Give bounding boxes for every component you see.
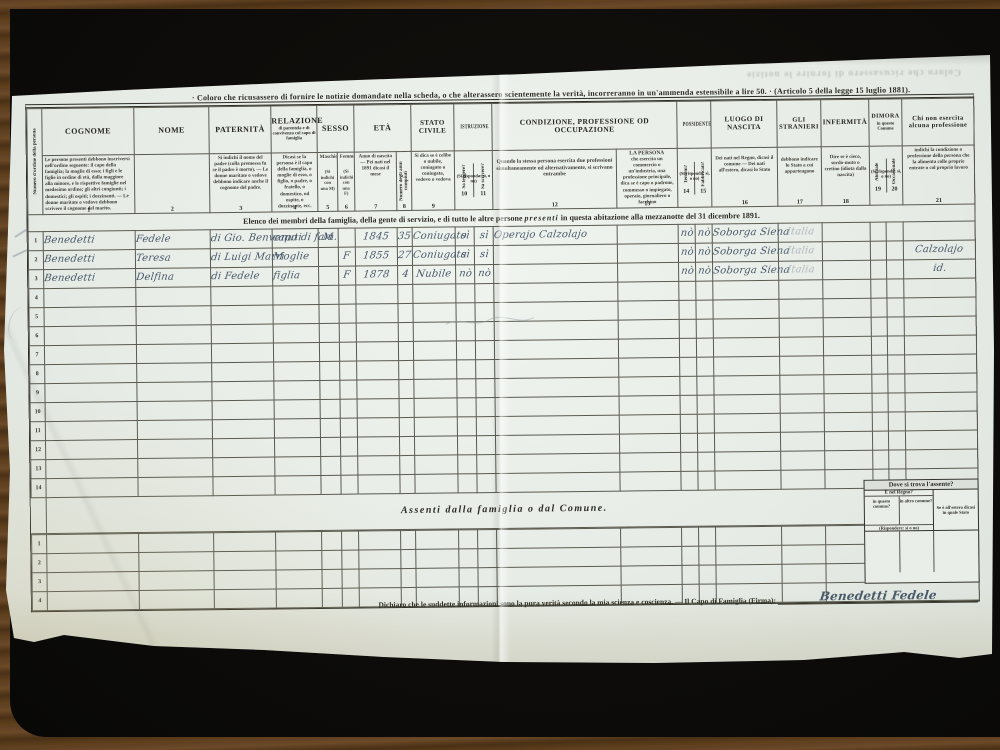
cell-stato bbox=[414, 398, 457, 417]
cell-luogo bbox=[715, 470, 781, 490]
handwritten-scrive: sì bbox=[479, 231, 489, 241]
cell-chi bbox=[905, 411, 977, 431]
cell-occasionale bbox=[886, 222, 903, 241]
cell-nome bbox=[137, 420, 212, 440]
cell-terreni bbox=[680, 433, 697, 452]
handwritten-paternita: di Fedele bbox=[211, 272, 261, 283]
row-number: 11 bbox=[30, 422, 45, 441]
cell-m bbox=[319, 266, 339, 285]
cell-luogo bbox=[713, 299, 779, 319]
cell-fabbricati bbox=[699, 546, 716, 565]
cell-terreni bbox=[679, 281, 696, 300]
col-istruzione-header: ISTRUZIONE bbox=[454, 104, 493, 151]
cell-m bbox=[319, 304, 339, 323]
cell-scrive: nò bbox=[475, 264, 494, 283]
cell-relazione: figlia bbox=[273, 266, 319, 286]
col-paternita-header: PATERNITÀ bbox=[209, 106, 272, 154]
handwritten-legge: sì bbox=[460, 250, 470, 260]
cell-legge: nò bbox=[456, 265, 475, 284]
cell-occasionale bbox=[888, 412, 905, 431]
col-relazione-note: Dicasi se la persona è il capo della fam… bbox=[271, 152, 318, 212]
row-number: 8 bbox=[30, 365, 45, 384]
cell-terreni: nò bbox=[679, 262, 696, 281]
cell-persona bbox=[619, 376, 680, 396]
cell-cognome bbox=[44, 288, 136, 308]
cell-terreni bbox=[680, 376, 697, 395]
cell-cond bbox=[494, 263, 618, 283]
cell-anni bbox=[399, 360, 414, 379]
signature: Benedetti Fedele bbox=[819, 589, 937, 602]
cell-anno bbox=[357, 418, 399, 437]
handwritten-luogo: Soborga Siena bbox=[713, 266, 791, 277]
cell-abituale bbox=[871, 279, 887, 298]
handwritten-luogo: Soborga Siena bbox=[712, 228, 790, 239]
cell-occasionale bbox=[886, 241, 903, 260]
col-femmina-note: Femmina(Si indichi con una F)6 bbox=[337, 152, 355, 211]
cell-stranieri bbox=[782, 545, 826, 564]
handwritten-f: F bbox=[343, 252, 351, 262]
cell-relazione bbox=[276, 531, 322, 551]
handwritten-stranieri: Italia bbox=[786, 265, 815, 275]
cell-persona bbox=[620, 452, 681, 472]
cell-cognome bbox=[45, 440, 137, 460]
cell-scrive bbox=[478, 567, 497, 586]
cell-fabbricati bbox=[696, 281, 713, 300]
cell-f bbox=[340, 399, 357, 418]
cell-terreni bbox=[681, 452, 698, 471]
col-luogo-note: Dei nati nel Regno, dicasi il comune — D… bbox=[711, 147, 778, 207]
cell-f bbox=[342, 569, 359, 588]
cell-relazione bbox=[273, 323, 319, 343]
cell-f: F bbox=[339, 266, 356, 285]
cell-nome: Fedele bbox=[135, 230, 210, 250]
col-nome-note: 2 bbox=[134, 154, 210, 214]
cell-chi bbox=[905, 373, 977, 393]
cell-occasionale bbox=[887, 279, 904, 298]
cell-nome bbox=[138, 458, 213, 478]
cell-relazione bbox=[274, 437, 320, 457]
col-chi-note: indichi la condizione o professione dell… bbox=[902, 145, 975, 205]
cell-cognome bbox=[45, 383, 137, 403]
dove-altro-comune: in altro comune? bbox=[899, 496, 933, 524]
cell-stranieri bbox=[779, 299, 823, 318]
cell-anni bbox=[400, 455, 415, 474]
col-stranieri-header: GLI STRANIERI bbox=[777, 100, 822, 147]
cell-infermita bbox=[823, 298, 871, 318]
cell-anno bbox=[357, 437, 399, 456]
cell-stranieri bbox=[782, 526, 826, 545]
cell-infermita bbox=[824, 374, 872, 394]
cell-cond bbox=[495, 358, 619, 378]
row-number: 9 bbox=[30, 384, 45, 403]
cell-luogo bbox=[714, 394, 780, 414]
cell-m bbox=[320, 437, 340, 456]
cell-terreni bbox=[680, 395, 697, 414]
cell-abituale bbox=[871, 336, 887, 355]
dove-questo-comune: in questo comune? bbox=[865, 496, 900, 524]
cell-occasionale bbox=[888, 374, 905, 393]
cell-anno bbox=[356, 342, 398, 361]
cell-fabbricati: nò bbox=[695, 243, 712, 262]
cell-paternita bbox=[211, 343, 273, 363]
cell-nome bbox=[139, 533, 214, 553]
cell-scrive bbox=[478, 548, 497, 567]
cell-cognome: Benedetti bbox=[44, 269, 136, 289]
row-number: 3 bbox=[29, 270, 44, 289]
cell-stranieri bbox=[780, 394, 824, 413]
cell-cognome bbox=[47, 553, 139, 573]
cell-terreni: nò bbox=[678, 224, 695, 243]
cell-cond bbox=[497, 566, 621, 586]
handwritten-f: F bbox=[343, 271, 351, 281]
cell-occasionale bbox=[887, 298, 904, 317]
cell-cognome: Benedetti bbox=[43, 250, 135, 270]
handwritten-cognome: Benedetti bbox=[44, 274, 96, 285]
cell-anni bbox=[399, 379, 414, 398]
cell-persona bbox=[619, 433, 680, 453]
cell-scrive bbox=[478, 529, 497, 548]
pencil-mark bbox=[14, 229, 27, 238]
cell-legge bbox=[459, 568, 478, 587]
cell-terreni bbox=[679, 300, 696, 319]
cell-fabbricati bbox=[696, 300, 713, 319]
cell-cognome bbox=[46, 459, 138, 479]
cell-anno: 1855 bbox=[355, 247, 397, 266]
cell-abituale bbox=[872, 393, 888, 412]
cell-chi bbox=[905, 430, 977, 450]
cell-legge bbox=[456, 341, 475, 360]
cell-m bbox=[318, 247, 338, 266]
col-dimora-header: DIMORAin questo Comune bbox=[869, 99, 903, 146]
cell-stranieri bbox=[780, 356, 824, 375]
cell-fabbricati bbox=[697, 357, 714, 376]
cell-terreni bbox=[682, 546, 699, 565]
handwritten-nome: Fedele bbox=[135, 235, 171, 245]
cell-f: F bbox=[338, 247, 355, 266]
cell-stato bbox=[413, 284, 456, 303]
cell-infermita bbox=[824, 355, 872, 375]
cell-m bbox=[319, 323, 339, 342]
cell-nome bbox=[137, 401, 212, 421]
cell-paternita bbox=[213, 457, 275, 477]
cell-nome bbox=[139, 590, 214, 610]
cell-cond bbox=[494, 282, 618, 302]
cell-stranieri bbox=[780, 432, 824, 451]
photo-background: Coloro che ricusassero di fornire le not… bbox=[0, 0, 1000, 750]
cell-nome bbox=[137, 382, 212, 402]
cell-infermita bbox=[823, 279, 871, 299]
handwritten-luogo: Soborga Siena bbox=[712, 247, 790, 258]
cell-cond bbox=[495, 377, 619, 397]
cell-anno bbox=[358, 475, 400, 494]
cell-anni bbox=[401, 568, 416, 587]
cell-cond bbox=[496, 453, 620, 473]
col-numero-header: Numero d'ordine della persona bbox=[27, 109, 43, 215]
cell-anni bbox=[399, 417, 414, 436]
cell-legge bbox=[457, 398, 476, 417]
cell-fabbricati bbox=[698, 471, 715, 490]
cell-f bbox=[342, 531, 359, 550]
cell-relazione bbox=[274, 361, 320, 381]
handwritten-anni: 27 bbox=[398, 251, 412, 261]
handwritten-stato: Coniugato bbox=[412, 231, 467, 242]
cell-terreni bbox=[680, 414, 697, 433]
col-possidente-note: Terreni?14 Fabbricati?15 (Si risponda: s… bbox=[677, 148, 712, 207]
cell-f bbox=[340, 361, 357, 380]
handwritten-anno: 1855 bbox=[363, 251, 391, 261]
cell-scrive: sì bbox=[474, 227, 493, 246]
row-number: 7 bbox=[29, 346, 44, 365]
cell-stato bbox=[416, 549, 459, 568]
cell-paternita bbox=[212, 381, 274, 401]
cell-persona bbox=[619, 414, 680, 434]
cell-stranieri bbox=[781, 470, 825, 489]
cell-relazione bbox=[273, 285, 319, 305]
cell-scrive bbox=[476, 397, 495, 416]
cell-infermita bbox=[822, 241, 870, 261]
handwritten-terreni: nò bbox=[680, 248, 694, 258]
cell-chi: id. bbox=[904, 259, 976, 279]
col-stranieri-note: debbono indicare lo Stato a cui apparten… bbox=[777, 147, 822, 206]
handwritten-cond: Operajo Calzolajo bbox=[493, 230, 588, 241]
cell-nome bbox=[136, 287, 211, 307]
cell-anno bbox=[358, 456, 400, 475]
cell-infermita bbox=[824, 431, 872, 451]
cell-m bbox=[321, 456, 341, 475]
cell-chi bbox=[904, 335, 976, 355]
col-maschio-note: Maschio(Si indichi con una M)5 bbox=[317, 152, 338, 211]
cell-fabbricati bbox=[696, 319, 713, 338]
cell-occasionale bbox=[888, 355, 905, 374]
cell-scrive bbox=[476, 435, 495, 454]
cell-f bbox=[342, 550, 359, 569]
cell-fabbricati bbox=[697, 395, 714, 414]
dove-estero-label: Se è all'estero dicasi in quale Stato bbox=[934, 490, 978, 530]
cell-stato bbox=[413, 341, 456, 360]
col-cognome-header: COGNOME bbox=[42, 108, 135, 156]
cell-anni: 35 bbox=[397, 227, 412, 246]
cell-occasionale bbox=[888, 431, 905, 450]
cell-persona bbox=[620, 471, 681, 491]
cell-legge bbox=[457, 436, 476, 455]
col-condizione12-note: Quando la stessa persona esercita due pr… bbox=[492, 149, 617, 209]
cell-cond bbox=[497, 528, 621, 548]
cell-stranieri bbox=[782, 564, 826, 583]
cell-persona bbox=[621, 527, 682, 547]
census-form-paper: Coloro che ricusassero di fornire le not… bbox=[4, 50, 996, 666]
cell-anni bbox=[398, 322, 413, 341]
cell-luogo: Soborga Siena bbox=[712, 242, 778, 262]
cell-f bbox=[338, 228, 355, 247]
cell-luogo bbox=[714, 356, 780, 376]
cell-luogo bbox=[716, 545, 782, 565]
cell-terreni bbox=[682, 565, 699, 584]
paper-content: Coloro che ricusassero di fornire le not… bbox=[1, 44, 1000, 671]
cell-cognome bbox=[47, 591, 139, 611]
col-paternita-note: Si indichi il nome del padre (colla prem… bbox=[209, 153, 272, 213]
cell-chi bbox=[905, 392, 977, 412]
cell-paternita bbox=[211, 324, 273, 344]
handwritten-legge: sì bbox=[460, 231, 470, 241]
cell-fabbricati bbox=[699, 527, 716, 546]
handwritten-nome: Teresa bbox=[135, 254, 171, 264]
cell-anno bbox=[359, 550, 401, 569]
cell-abituale bbox=[871, 260, 887, 279]
cell-fabbricati bbox=[697, 414, 714, 433]
cell-anni bbox=[398, 341, 413, 360]
handwritten-chi: id. bbox=[932, 264, 947, 274]
col-possidente-header: POSSIDENTE bbox=[677, 101, 712, 148]
cell-f bbox=[340, 380, 357, 399]
cell-infermita bbox=[823, 260, 871, 280]
cell-cond bbox=[495, 434, 619, 454]
cell-nome bbox=[138, 477, 213, 497]
col-infermita-header: INFERMITÀ bbox=[821, 99, 870, 147]
handwritten-legge: nò bbox=[458, 269, 472, 279]
col-condizione-header: CONDIZIONE, PROFESSIONE OD OCCUPAZIONE bbox=[492, 101, 678, 150]
cell-cognome bbox=[47, 534, 139, 554]
cell-m bbox=[322, 531, 342, 550]
handwritten-m: M bbox=[322, 233, 334, 243]
cell-anni bbox=[398, 303, 413, 322]
cell-nome bbox=[136, 306, 211, 326]
cell-persona bbox=[618, 319, 679, 339]
cell-luogo bbox=[714, 432, 780, 452]
cell-stranieri bbox=[779, 280, 823, 299]
cell-relazione bbox=[276, 550, 322, 570]
col-stato-note: Si dica se è celibe o nubile, coniugato … bbox=[411, 151, 455, 210]
handwritten-scrive: nò bbox=[477, 269, 491, 279]
cell-stato bbox=[414, 417, 457, 436]
cell-occasionale bbox=[887, 336, 904, 355]
row-number: 1 bbox=[28, 232, 43, 251]
cell-legge bbox=[456, 284, 475, 303]
cell-anni: 27 bbox=[397, 246, 412, 265]
cell-terreni bbox=[679, 338, 696, 357]
cell-infermita bbox=[824, 393, 872, 413]
cell-nome bbox=[137, 363, 212, 383]
handwritten-anni: 4 bbox=[401, 270, 409, 280]
cell-anno bbox=[356, 285, 398, 304]
cell-cognome bbox=[44, 326, 136, 346]
cell-infermita bbox=[823, 317, 871, 337]
cell-paternita bbox=[214, 551, 276, 571]
cell-chi bbox=[904, 316, 976, 336]
cell-anni: 4 bbox=[398, 265, 413, 284]
cell-stato bbox=[415, 474, 458, 493]
cell-anno bbox=[357, 380, 399, 399]
handwritten-cognome: Benedetti bbox=[43, 236, 95, 247]
cell-stato: Coniugato bbox=[412, 227, 455, 246]
cell-chi bbox=[904, 297, 976, 317]
cell-f bbox=[339, 323, 356, 342]
cell-fabbricati bbox=[697, 433, 714, 452]
cell-persona bbox=[618, 338, 679, 358]
cell-fabbricati bbox=[697, 376, 714, 395]
cell-infermita bbox=[823, 336, 871, 356]
cell-scrive bbox=[476, 416, 495, 435]
cell-cognome bbox=[45, 421, 137, 441]
cell-cond bbox=[496, 472, 620, 492]
cell-f bbox=[339, 342, 356, 361]
cell-terreni bbox=[680, 357, 697, 376]
handwritten-anni: 35 bbox=[398, 232, 412, 242]
cell-cond bbox=[494, 339, 618, 359]
handwritten-stato: Nubile bbox=[416, 269, 452, 279]
row-number: 2 bbox=[32, 554, 47, 573]
col-istruzione-note: Sa leggere?10 Sa scrivere?11 (Si rispond… bbox=[454, 151, 493, 210]
cell-paternita: di Luigi Marri bbox=[210, 248, 272, 268]
cell-fabbricati bbox=[698, 452, 715, 471]
cell-terreni: nò bbox=[678, 243, 695, 262]
cell-stranieri bbox=[779, 337, 823, 356]
handwritten-stranieri: Italia bbox=[786, 246, 815, 256]
cell-legge bbox=[458, 455, 477, 474]
handwritten-relazione: figlia bbox=[273, 271, 301, 281]
assenti-title: Assenti dalla famiglia o dal Comune. bbox=[31, 499, 978, 521]
firma-label: (Firma): bbox=[748, 596, 776, 605]
cell-abituale bbox=[872, 431, 888, 450]
cell-stato bbox=[414, 379, 457, 398]
cell-anno bbox=[359, 531, 401, 550]
cell-legge bbox=[458, 474, 477, 493]
cell-luogo: Soborga Siena bbox=[713, 261, 779, 281]
row-number: 1 bbox=[32, 535, 47, 554]
handwritten-stato: Coniugata bbox=[412, 250, 467, 261]
cell-chi: Calzolajo bbox=[903, 240, 975, 260]
cell-legge bbox=[459, 549, 478, 568]
handwritten-anno: 1845 bbox=[362, 232, 390, 242]
pencil-mark bbox=[12, 249, 27, 257]
bleedthrough-text: Coloro che ricusassero di fornire le not… bbox=[701, 67, 961, 80]
cell-chi bbox=[904, 278, 976, 298]
cell-f bbox=[341, 456, 358, 475]
handwritten-terreni: nò bbox=[680, 229, 694, 239]
declaration-text: Dichiaro che le suddette informazioni so… bbox=[378, 596, 746, 609]
cell-persona bbox=[617, 224, 678, 244]
row-number: 6 bbox=[29, 327, 44, 346]
cell-nome: Teresa bbox=[135, 249, 210, 269]
cell-stranieri bbox=[779, 318, 823, 337]
cell-m bbox=[322, 550, 342, 569]
cell-nome bbox=[139, 571, 214, 591]
cell-legge bbox=[457, 379, 476, 398]
col-cognome-note: Le persone presenti debbono inscriversi … bbox=[42, 155, 135, 215]
cell-terreni bbox=[682, 527, 699, 546]
handwritten-stranieri: Italia bbox=[786, 227, 815, 237]
cell-persona bbox=[618, 281, 679, 301]
cell-persona bbox=[618, 262, 679, 282]
cell-nome bbox=[136, 325, 211, 345]
cell-anni bbox=[401, 549, 416, 568]
cell-terreni bbox=[681, 471, 698, 490]
cell-m bbox=[319, 285, 339, 304]
cell-relazione bbox=[274, 418, 320, 438]
cell-fabbricati bbox=[696, 338, 713, 357]
row-number: 2 bbox=[28, 251, 43, 270]
cell-anno bbox=[356, 323, 398, 342]
cell-luogo bbox=[715, 451, 781, 471]
cell-nome bbox=[139, 552, 214, 572]
cell-fabbricati bbox=[699, 565, 716, 584]
cell-stranieri bbox=[781, 451, 825, 470]
cell-m bbox=[319, 342, 339, 361]
cell-f bbox=[339, 304, 356, 323]
row-number: 5 bbox=[29, 308, 44, 327]
cell-relazione: capo di fam. bbox=[272, 228, 318, 248]
cell-anni bbox=[398, 284, 413, 303]
cell-cond bbox=[493, 244, 617, 264]
